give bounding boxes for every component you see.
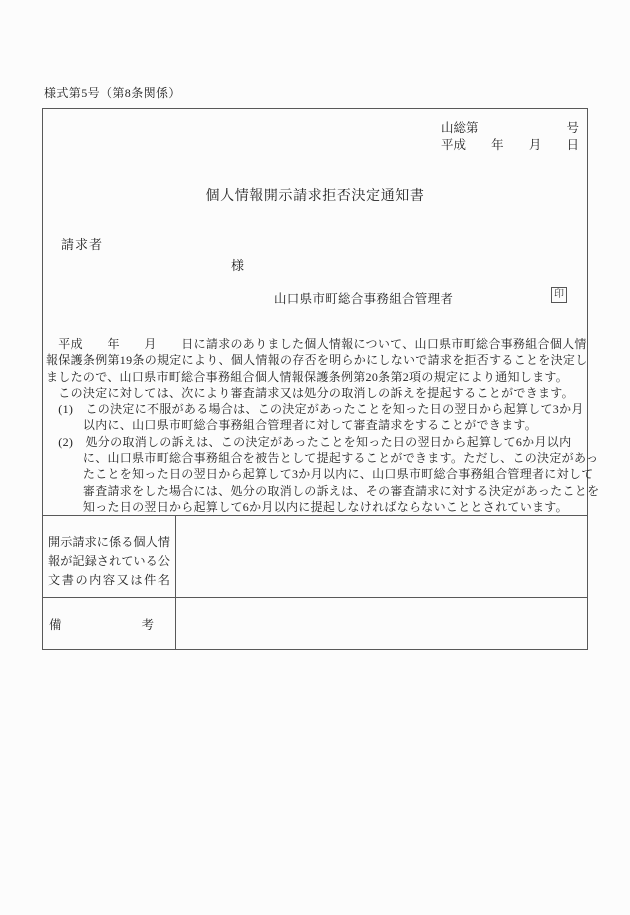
- table-row: 開示請求に係る個人情 報が記録されている公 文書の内容又は件名: [43, 516, 587, 598]
- seal-stamp-icon: 印: [551, 287, 567, 303]
- requester-honorific: 様: [231, 255, 244, 274]
- doc-date-line: 平成 年 月 日: [441, 137, 579, 154]
- doc-number-block: 山総第 号 平成 年 月 日: [441, 120, 579, 153]
- remarks-label-left: 備: [49, 615, 62, 633]
- body-line: 審査請求をした場合には、処分の取消しの訴えは、その審査請求に対する決定があったこ…: [46, 483, 586, 499]
- document-subject-value-cell: [177, 516, 587, 597]
- form-code-label: 様式第5号（第8条関係）: [44, 84, 181, 101]
- doc-number-prefix: 山総第: [441, 120, 479, 137]
- body-line: 知った日の翌日から起算して6か月以内に提起しなければならないこととされています。: [46, 499, 586, 515]
- label-line: 報が記録されている公: [48, 552, 170, 571]
- doc-number-line: 山総第 号: [441, 120, 579, 137]
- document-subject-label-cell: 開示請求に係る個人情 報が記録されている公 文書の内容又は件名: [43, 516, 176, 597]
- label-line: 文書の内容又は件名: [48, 571, 170, 590]
- date-day-unit: 日: [566, 137, 579, 154]
- issuer-name: 山口県市町総合事務組合管理者: [274, 289, 453, 307]
- remarks-label-right: 考: [141, 615, 154, 633]
- document-page: 様式第5号（第8条関係） 山総第 号 平成 年 月 日 個人情報開示請求拒否決定…: [0, 0, 630, 915]
- page-title: 個人情報開示請求拒否決定通知書: [43, 185, 587, 205]
- form-border-box: 山総第 号 平成 年 月 日 個人情報開示請求拒否決定通知書 請求者 様 山口県…: [42, 108, 588, 650]
- content-table: 開示請求に係る個人情 報が記録されている公 文書の内容又は件名 備 考: [43, 515, 587, 649]
- date-year-unit: 年: [491, 137, 504, 154]
- body-line: 平成 年 月 日に請求のありました個人情報について、山口県市町総合事務組合個人情: [46, 336, 586, 352]
- label-line: 開示請求に係る個人情: [48, 533, 170, 552]
- date-month-unit: 月: [529, 137, 542, 154]
- body-line: 報保護条例第19条の規定により、個人情報の存否を明らかにしないで請求を拒否するこ…: [46, 352, 586, 368]
- notice-body-text: 平成 年 月 日に請求のありました個人情報について、山口県市町総合事務組合個人情…: [46, 336, 586, 515]
- body-line: たことを知った日の翌日から起算して3か月以内に、山口県市町総合事務組合管理者に対…: [46, 466, 586, 482]
- body-line: (2) 処分の取消しの訴えは、この決定があったことを知った日の翌日から起算して6…: [46, 434, 586, 450]
- date-era: 平成: [441, 137, 466, 154]
- body-line: に、山口県市町総合事務組合を被告として提起することができます。ただし、この決定が…: [46, 450, 586, 466]
- body-line: 以内に、山口県市町総合事務組合管理者に対して審査請求をすることができます。: [46, 417, 586, 433]
- body-line: この決定に対しては、次により審査請求又は処分の取消しの訴えを提起することができま…: [46, 385, 586, 401]
- body-line: ましたので、山口県市町総合事務組合個人情報保護条例第20条第2項の規定により通知…: [46, 369, 586, 385]
- remarks-value-cell: [177, 598, 587, 649]
- doc-number-suffix: 号: [566, 120, 579, 137]
- table-row: 備 考: [43, 598, 587, 649]
- body-line: (1) この決定に不服がある場合は、この決定があったことを知った日の翌日から起算…: [46, 401, 586, 417]
- remarks-label-cell: 備 考: [43, 598, 176, 649]
- requester-label: 請求者: [61, 234, 103, 253]
